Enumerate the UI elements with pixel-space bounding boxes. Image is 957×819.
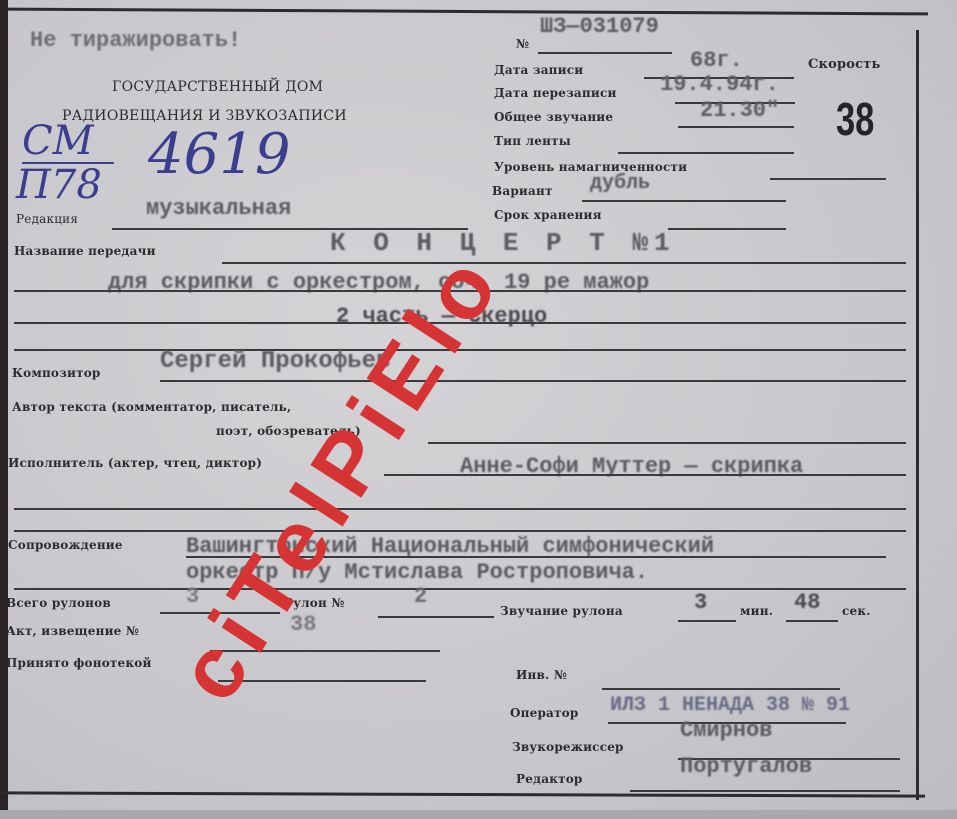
- organization-line1: ГОСУДАРСТВЕННЫЙ ДОМ: [112, 79, 323, 95]
- total-duration-label: Общее звучание: [494, 110, 613, 124]
- editorial-label: Редакция: [16, 212, 78, 226]
- total-duration-underline: [678, 126, 794, 128]
- operator-value: ИЛЗ 1 НЕНАДА 38 № 91: [610, 694, 850, 717]
- editor-underline: [630, 790, 900, 792]
- reel-duration-sec-unit: сек.: [842, 604, 871, 618]
- composer-underline: [160, 380, 906, 382]
- program-title-underline1: [222, 262, 906, 264]
- program-title-label: Название передачи: [14, 244, 156, 258]
- card-edge: [0, 0, 8, 819]
- total-reels-label: Всего рулонов: [6, 596, 111, 610]
- variant-label: Вариант: [492, 184, 553, 198]
- text-author-label-line1: Автор текста (комментатор, писатель,: [12, 400, 291, 414]
- total-duration-value: 21.30": [700, 98, 779, 123]
- handwritten-code-top: СМ: [22, 118, 94, 164]
- variant-value: дубль: [590, 172, 650, 195]
- reel-no-value: 2: [414, 584, 427, 609]
- editor-label: Редактор: [516, 772, 583, 786]
- performer-underline3: [14, 530, 906, 532]
- editor-value: Португалов: [680, 754, 812, 779]
- reel-duration-minutes-underline: [678, 620, 736, 622]
- handwritten-number: 4619: [148, 122, 291, 187]
- top-rule: [8, 8, 928, 16]
- accompaniment-label: Сопровождение: [8, 538, 123, 552]
- inv-no-underline: [602, 688, 840, 690]
- performer-underline2: [14, 508, 906, 510]
- reel-duration-seconds: 48: [794, 590, 820, 615]
- record-date-label: Дата записи: [494, 63, 583, 77]
- accepted-by-label: Принято фонотекой: [6, 656, 152, 670]
- bottom-rule: [0, 791, 925, 797]
- handwritten-code-bottom: П78: [16, 162, 102, 208]
- number-value: ШЗ—031079: [540, 14, 659, 39]
- reel-duration-seconds-underline: [786, 620, 838, 622]
- number-label: №: [516, 37, 529, 51]
- rerecord-date-value: 19.4.94г.: [660, 72, 779, 97]
- performer-underline: [384, 474, 906, 476]
- card-bottom-edge: [0, 810, 957, 819]
- number-underline: [538, 52, 672, 54]
- archive-card: Не тиражировать! ГОСУДАРСТВЕННЫЙ ДОМ РАД…: [0, 0, 957, 819]
- reel-duration-label: Звучание рулона: [500, 604, 623, 618]
- performer-label: Исполнитель (актер, чтец, диктор): [8, 456, 262, 470]
- speed-value: 38: [836, 92, 874, 146]
- accompaniment-underline2: [14, 588, 906, 590]
- composer-label: Композитор: [12, 366, 101, 380]
- magnetization-underline: [770, 178, 886, 180]
- sound-director-value: Смирнов: [680, 718, 772, 743]
- right-rule: [916, 30, 919, 800]
- act-no-label: Акт, извещение №: [6, 624, 139, 638]
- program-title-line1: К О Н Ц Е Р Т №1: [330, 228, 676, 258]
- record-date-value: 68г.: [690, 48, 743, 73]
- editorial-value: музыкальная: [146, 196, 291, 221]
- header-note: Не тиражировать!: [30, 28, 241, 53]
- text-author-underline: [428, 442, 906, 444]
- sound-director-label: Звукорежиссер: [512, 740, 624, 754]
- tape-type-underline: [618, 152, 794, 154]
- operator-label: Оператор: [510, 706, 578, 720]
- variant-underline: [582, 200, 786, 202]
- inv-no-label: Инв. №: [516, 668, 567, 682]
- reel-no-underline: [378, 616, 494, 618]
- speed-label: Скорость: [808, 57, 881, 72]
- storage-term-label: Срок хранения: [494, 208, 602, 222]
- rerecord-date-label: Дата перезаписи: [494, 86, 617, 100]
- reel-duration-minutes: 3: [694, 590, 707, 615]
- tape-type-label: Тип ленты: [494, 134, 571, 148]
- reel-duration-min-unit: мин.: [740, 604, 773, 618]
- storage-term-underline: [668, 228, 786, 230]
